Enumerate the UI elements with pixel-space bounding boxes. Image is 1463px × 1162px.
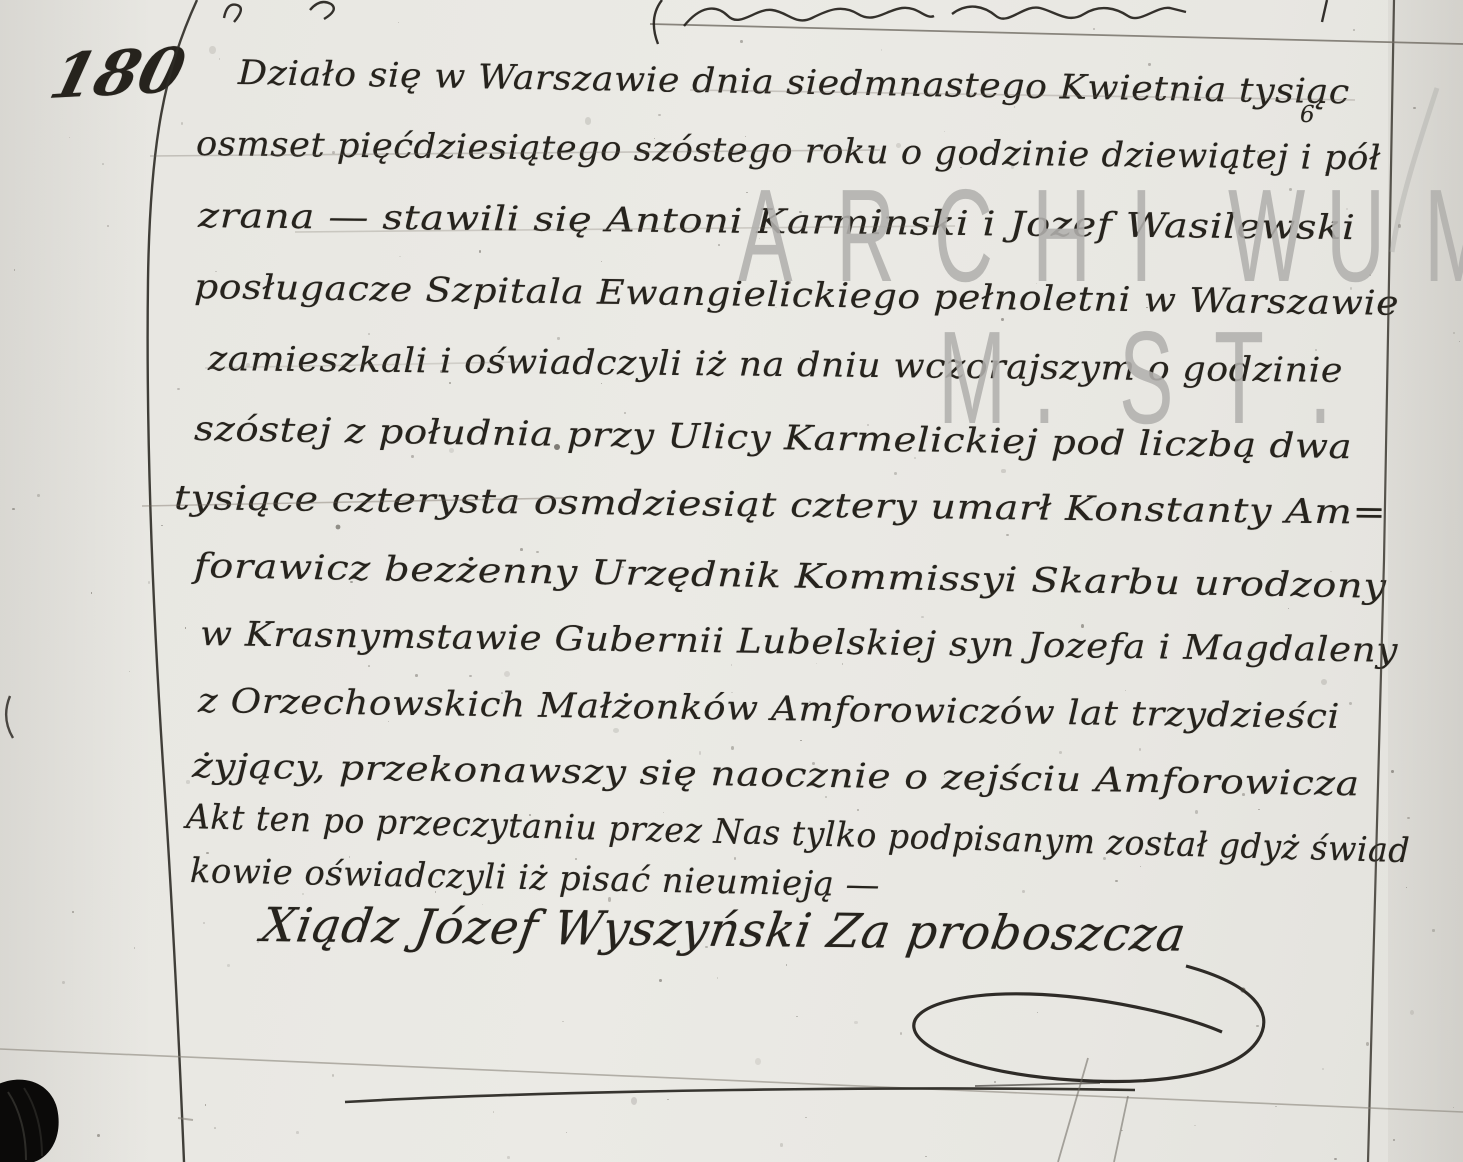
scanner-finger-blob bbox=[0, 1080, 59, 1162]
left-margin-rule bbox=[148, 0, 197, 1162]
rules-and-marks bbox=[0, 0, 1463, 1162]
signature-flourish bbox=[345, 966, 1264, 1102]
scratch-arc bbox=[1392, 88, 1437, 252]
document-page: 180 6 Działo się w Warszawie dnia siedmn… bbox=[0, 0, 1463, 1162]
left-edge-mark bbox=[6, 696, 13, 738]
stray-pen-strokes bbox=[1058, 1058, 1128, 1162]
bottom-row-divider-line bbox=[0, 1049, 1463, 1112]
ink-bleed-lines bbox=[142, 90, 1355, 506]
top-row-divider-line bbox=[650, 24, 1463, 44]
right-margin-rule bbox=[1368, 0, 1394, 1162]
